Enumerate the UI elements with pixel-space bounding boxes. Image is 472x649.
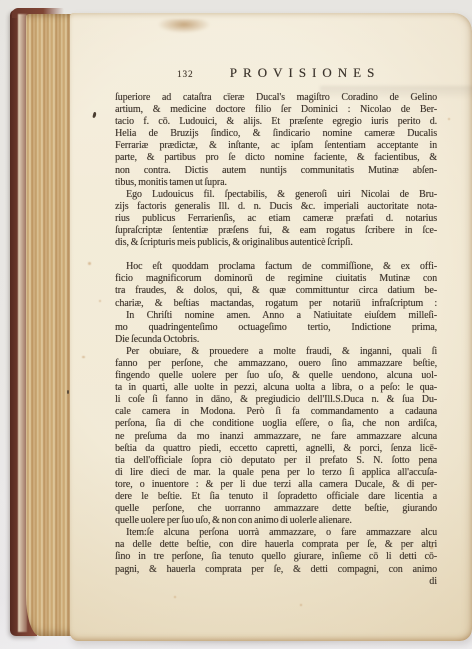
paragraph: ſuperiore ad cataſtra cīeræ Ducal's magi… [115, 92, 437, 189]
text-line: tra fraudes, & dolos, qui, & quæ committ… [115, 285, 437, 297]
text-line: ſino in tre perſone, ſia tenuto quello g… [115, 551, 437, 563]
text-line: perſona, ſia di che conditione uoglia eſ… [115, 418, 437, 430]
text-line: tore, o inuentore : & per li due terzi a… [115, 479, 437, 491]
running-header: 132 PROVISIONES [115, 65, 437, 82]
text-line: ne preſuma da mo inanzi ammazzare, ne fa… [115, 431, 437, 443]
text-line: Item:ſe alcuna perſona uorrà ammazzare, … [115, 527, 437, 539]
text-line: Helia de Bruzijs ſindico, & ſindicario n… [115, 128, 437, 140]
text-line: quelle uolere per ſuo uſo, & non con ani… [115, 515, 437, 527]
foxing-spot [430, 546, 433, 549]
running-title: PROVISIONES [115, 65, 437, 81]
paragraph: In Chriſti nomine amen. Anno a Natiuitat… [115, 310, 437, 346]
foxing-spot [300, 604, 302, 606]
text-line: cale camera in Modona. Però ſi fa comman… [115, 406, 437, 418]
text-line: chariæ, & beſtias mactandas, rogatum per… [115, 298, 437, 310]
text-line: parte, & partibus pro ſe dicto nomine fa… [115, 152, 437, 164]
ink-speck [67, 390, 69, 394]
text-line: tia dell'officiale ſopra ciò deputato pe… [115, 455, 437, 467]
text-line: Per obuiare, & prouedere a molte fraudi,… [115, 346, 437, 358]
text-line: tibus, monitis tamen ut ſupra. [115, 177, 437, 189]
text-line: Hoc eſt quoddam proclama factum de commi… [115, 261, 437, 273]
text-line: non contra. Dictis autem nuntijs communi… [115, 165, 437, 177]
text-line: zijs factoris generalis Ill. d. n. Ducis… [115, 201, 437, 213]
text-block: 132 PROVISIONES ſuperiore ad cataſtra cī… [115, 65, 437, 588]
text-line: dere le beſtie. Et ſia tenuto il ſoprade… [115, 491, 437, 503]
photo-of-book-page: { "colors": { "backdrop": "#e9e7e4", "co… [0, 0, 472, 649]
paragraph: Per obuiare, & prouedere a molte fraudi,… [115, 346, 437, 527]
foxing-spot [448, 118, 450, 120]
text-line: tacio f. cō. Ludouici, & alijs. Et præſe… [115, 116, 437, 128]
paragraph: Item:ſe alcuna perſona uorrà ammazzare, … [115, 527, 437, 575]
text-line: di lire dieci de mar. la quale pena per … [115, 467, 437, 479]
text-line: artium, & medicine doctore filio ſer Dom… [115, 104, 437, 116]
text-line: ta in quarti, alle uolte in pezzi, alcun… [115, 382, 437, 394]
text-line: ſupraſcriptæ ſententiæ præſens fui, & ea… [115, 225, 437, 237]
text-line: dis, & ſcripturis meis publicis, & origi… [115, 237, 437, 249]
text-line: mo quadringenteſimo octuageſimo tertio, … [115, 322, 437, 334]
text-line: pagni, & hauerla comprata per ſe, & dett… [115, 564, 437, 576]
book: 132 PROVISIONES ſuperiore ad cataſtra cī… [10, 8, 472, 641]
page-block-highlight [18, 14, 27, 632]
text-line: In Chriſti nomine amen. Anno a Natiuitat… [115, 310, 437, 322]
text-line: na delle dette beſtie, con dire hauerla … [115, 539, 437, 551]
paragraph: Ego Ludouicus fil. ſpectabilis, & genero… [115, 189, 437, 249]
text-line: Die ſecunda Octobris. [115, 334, 437, 346]
text-line: ſuperiore ad cataſtra cīeræ Ducal's magi… [115, 92, 437, 104]
foxing-spot [88, 262, 91, 265]
text-line: rius publicus Ferrarienſis, ac etiam cam… [115, 213, 437, 225]
paragraph: Hoc eſt quoddam proclama factum de commi… [115, 261, 437, 309]
text-line: ficio magnificorum dominorū de regimine … [115, 273, 437, 285]
catchword: di [115, 576, 437, 588]
text-line: Ferrariæ prædictæ, & inſtante, ac ipſam … [115, 140, 437, 152]
text-line: fingendo quelle uolere per ſuo uſo, & qu… [115, 370, 437, 382]
text-line: beſtia da quattro piedi, eccetto caprett… [115, 443, 437, 455]
text-line: Ego Ludouicus fil. ſpectabilis, & genero… [115, 189, 437, 201]
foxing-spot [174, 596, 176, 598]
foxing-spot [99, 300, 101, 302]
book-page: 132 PROVISIONES ſuperiore ad cataſtra cī… [70, 13, 472, 641]
text-line: quelle perſone, che uorranno ammazzare d… [115, 503, 437, 515]
top-edge-stain [158, 19, 210, 33]
body-text: ſuperiore ad cataſtra cīeræ Ducal's magi… [115, 92, 437, 576]
foxing-spot [82, 356, 85, 358]
text-line: li coſe ſi fanno in dāno, & pregiudicio … [115, 394, 437, 406]
text-line: fanno per perſone, che ammazzano, ouero … [115, 358, 437, 370]
